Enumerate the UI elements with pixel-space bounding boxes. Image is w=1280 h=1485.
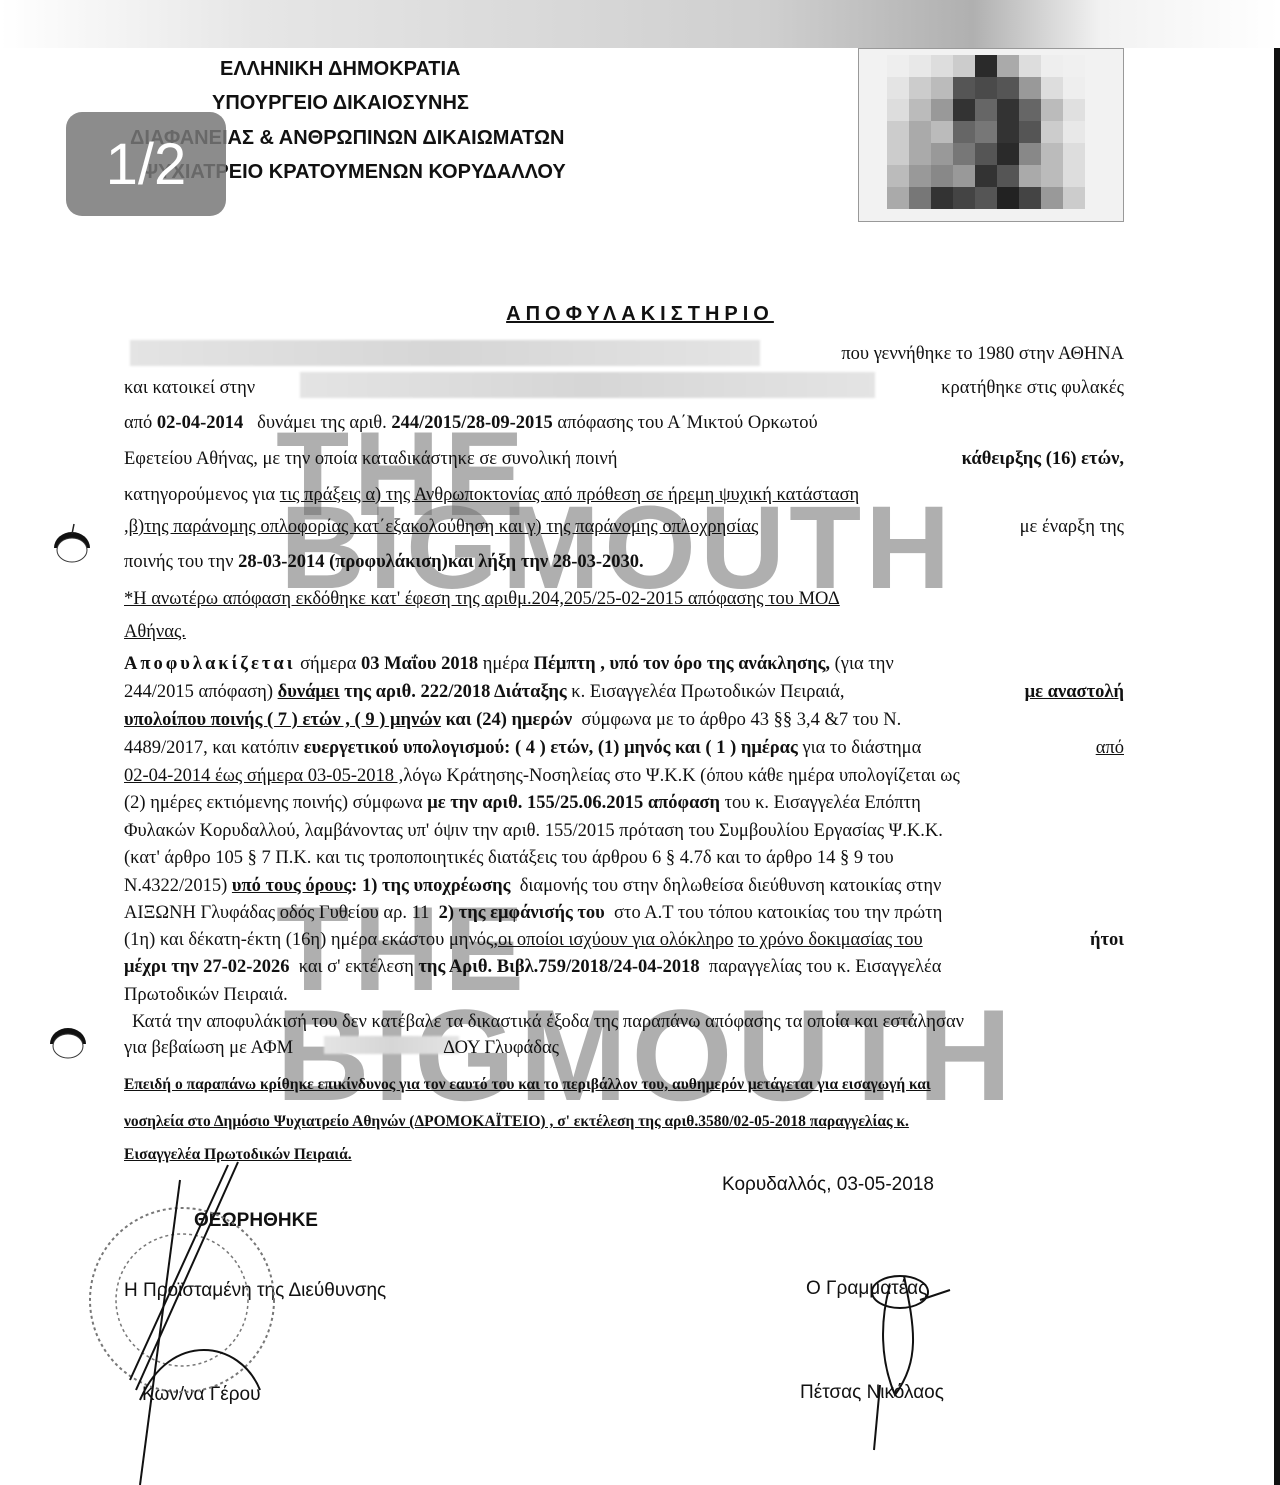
signatures-and-stamp (0, 0, 1280, 1485)
right-signature-icon (872, 1276, 950, 1450)
left-signature-icon (130, 1162, 260, 1485)
official-stamp-icon (90, 1208, 274, 1392)
